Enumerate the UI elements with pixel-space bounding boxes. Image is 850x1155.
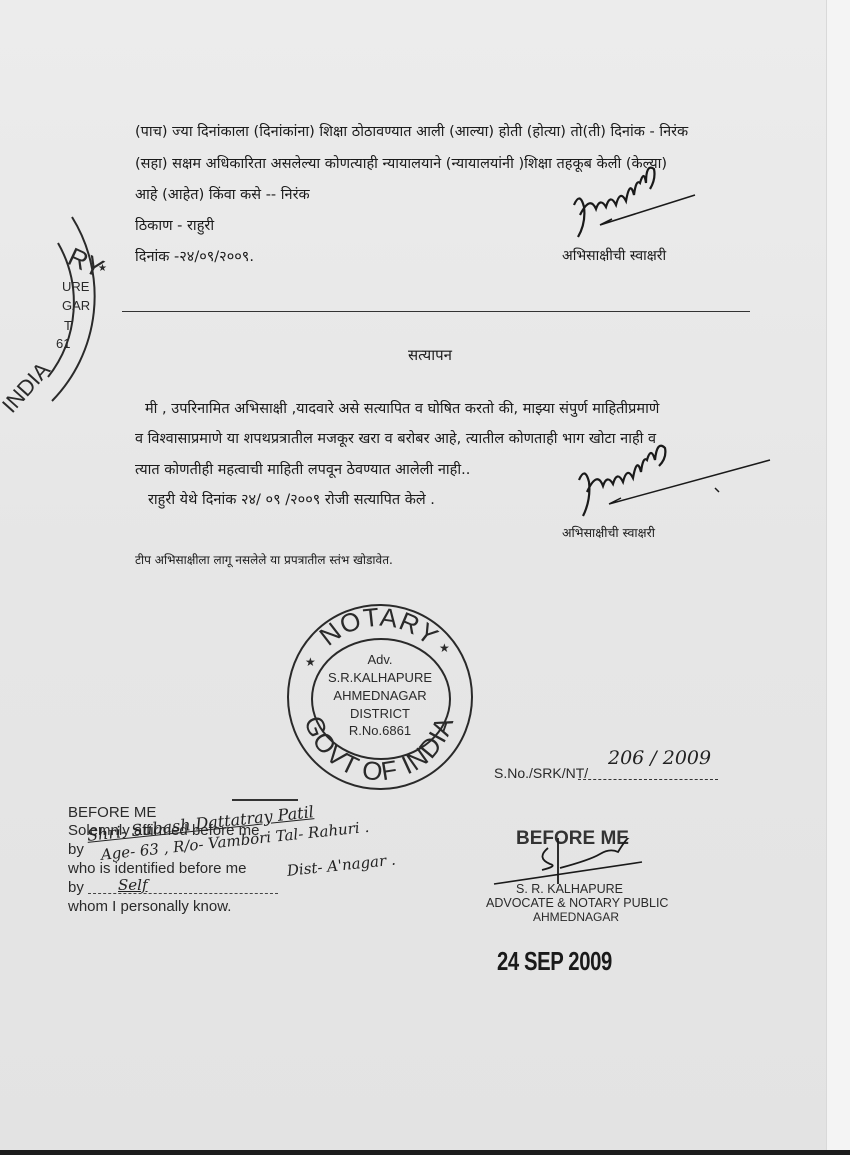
affirmation-before-me: BEFORE ME	[68, 804, 156, 821]
svg-text:★: ★	[98, 263, 107, 274]
verification-signature-label: अभिसाक्षीची स्वाक्षरी	[562, 524, 655, 541]
partial-seal-line-1: URE	[62, 279, 89, 294]
verification-title: सत्यापन	[408, 345, 452, 365]
serial-label: S.No./SRK/NT/	[494, 765, 588, 781]
partial-seal-line-3: T	[64, 318, 72, 333]
identifier-underline	[88, 893, 278, 894]
deponent-signature-verification	[565, 440, 775, 525]
affirmation-line-3: who is identified before me	[68, 860, 246, 877]
date-stamp: 24 SEP 2009	[497, 946, 612, 977]
svg-text:★: ★	[305, 655, 316, 669]
partial-seal-line-4: 61	[56, 336, 70, 351]
seal-line-name: S.R.KALHAPURE	[310, 670, 450, 685]
verification-line-1: मी , उपरिनामित अभिसाक्षी ,यादवारे असे सत…	[145, 398, 659, 418]
deponent-signature	[560, 165, 710, 245]
affirmation-line-2: by	[68, 841, 84, 858]
verification-date-line: राहुरी येथे दिनांक २४/ ०९ /२००९ रोजी सत्…	[148, 489, 435, 509]
affirmation-line-5: whom I personally know.	[68, 898, 231, 915]
seal-line-city: AHMEDNAGAR	[310, 688, 450, 703]
section-divider	[122, 311, 750, 312]
serial-handwritten: 206 / 2009	[608, 747, 711, 769]
verification-line-3: त्यात कोणतीही महत्वाची माहिती लपवून ठेवण…	[135, 459, 470, 479]
affirmation-top-rule	[232, 799, 298, 801]
scan-bottom-edge	[0, 1150, 850, 1155]
affidavit-signature-label: अभिसाक्षीची स्वाक्षरी	[562, 246, 666, 265]
notary-city: AHMEDNAGAR	[533, 910, 619, 924]
affidavit-line-5: (पाच) ज्या दिनांकाला (दिनांकांना) शिक्षा…	[135, 121, 688, 141]
scan-edge	[826, 0, 850, 1155]
affidavit-date: दिनांक -२४/०९/२००९.	[135, 246, 254, 266]
svg-text:INDIA: INDIA	[0, 357, 55, 415]
seal-line-reg: R.No.6861	[330, 723, 430, 738]
notary-title: ADVOCATE & NOTARY PUBLIC	[486, 896, 668, 910]
seal-line-adv: Adv.	[330, 652, 430, 667]
partial-seal-line-2: GAR	[62, 298, 90, 313]
verification-note: टीप अभिसाक्षीला लागू नसलेले या प्रपत्रात…	[135, 551, 393, 568]
svg-text:NOTARY: NOTARY	[314, 604, 445, 652]
affirmation-line-4: by	[68, 879, 84, 896]
notary-signature	[490, 838, 650, 888]
affidavit-place: ठिकाण - राहुरी	[135, 215, 214, 235]
handwritten-identifier: Self	[118, 876, 148, 894]
svg-text:★: ★	[439, 641, 450, 655]
serial-underline	[578, 779, 718, 780]
seal-line-district: DISTRICT	[330, 706, 430, 721]
notary-name: S. R. KALHAPURE	[516, 882, 623, 896]
affidavit-line-6b: आहे (आहेत) किंवा कसे -- निरंक	[135, 184, 310, 204]
